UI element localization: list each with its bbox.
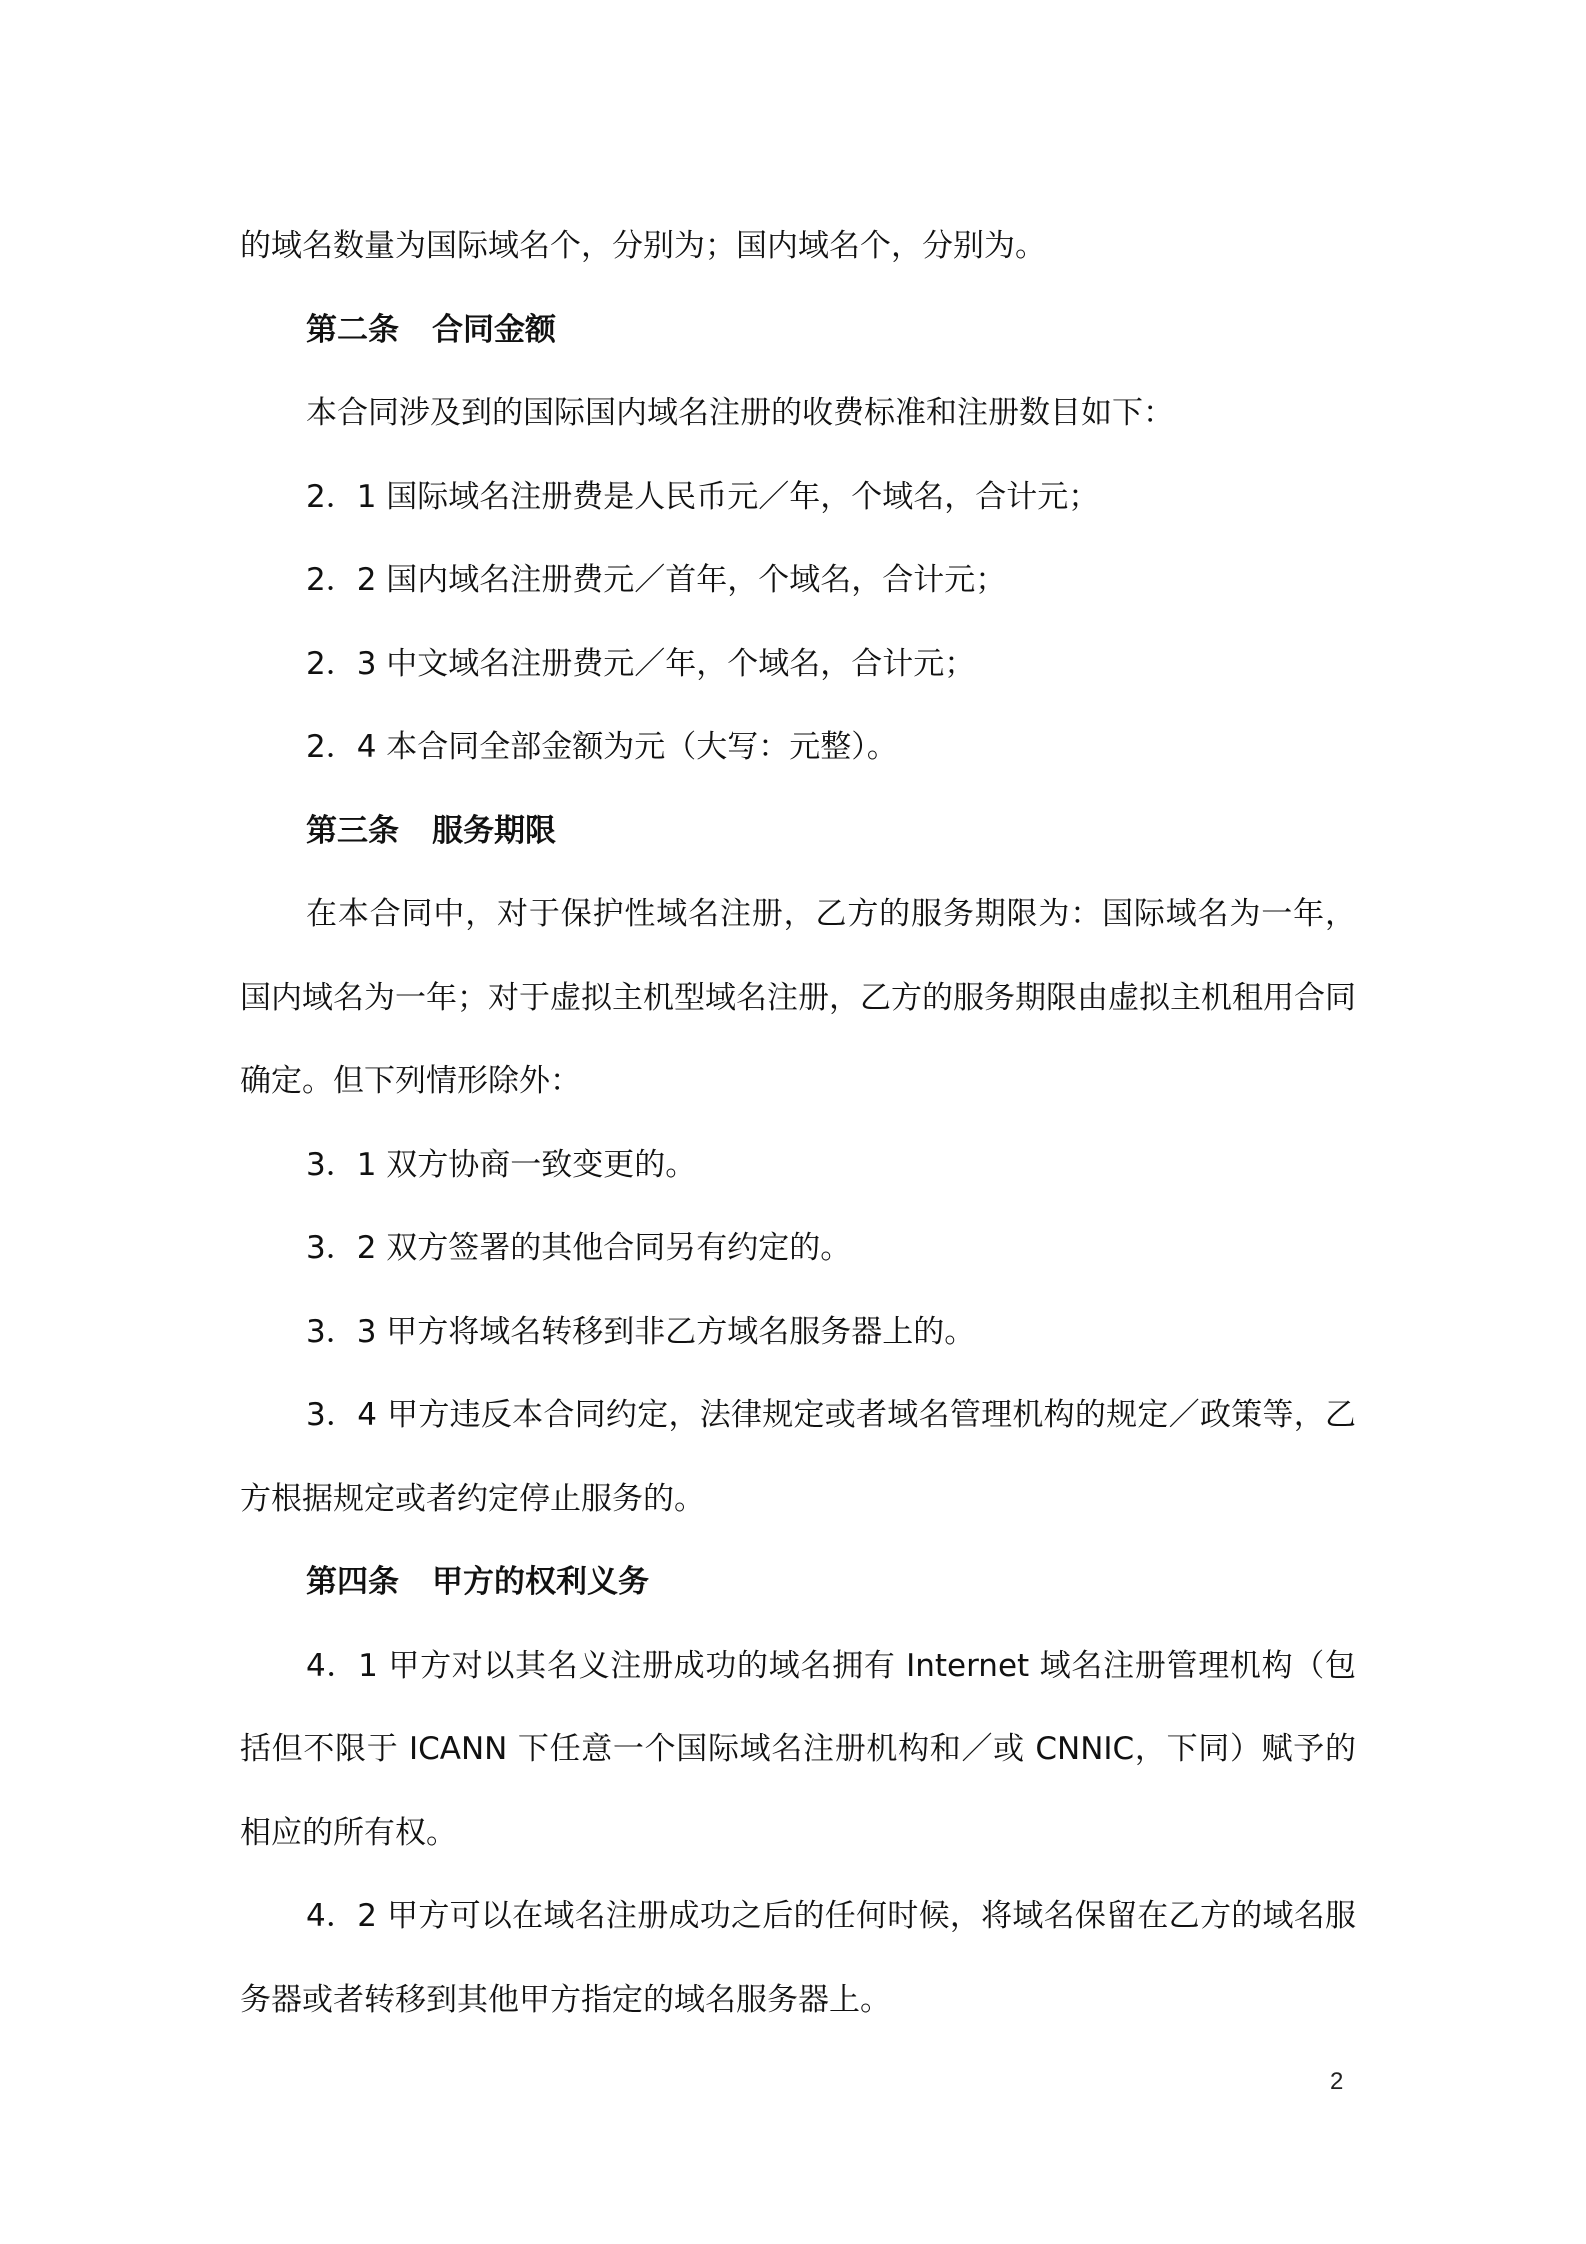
clause-3-2: 3．2 双方签署的其他合同另有约定的。 <box>240 1207 1356 1291</box>
clause-3-1: 3．1 双方协商一致变更的。 <box>240 1124 1356 1208</box>
clause-4-2: 4．2 甲方可以在域名注册成功之后的任何时候，将域名保留在乙方的域名服务器或者转… <box>240 1875 1356 2042</box>
article-4-title: 甲方的权利义务 <box>432 1564 649 1600</box>
clause-2-4: 2．4 本合同全部金额为元（大写：元整）。 <box>240 706 1356 790</box>
clause-3-4: 3．4 甲方违反本合同约定，法律规定或者域名管理机构的规定／政策等，乙方根据规定… <box>240 1374 1356 1541</box>
article-2-intro: 本合同涉及到的国际国内域名注册的收费标准和注册数目如下： <box>240 372 1356 456</box>
article-2-heading: 第二条合同金额 <box>240 289 1356 373</box>
clause-3-3: 3．3 甲方将域名转移到非乙方域名服务器上的。 <box>240 1291 1356 1375</box>
article-3-title: 服务期限 <box>432 813 556 849</box>
article-2-title: 合同金额 <box>432 312 556 348</box>
article-2-number: 第二条 <box>306 312 399 348</box>
article-3-heading: 第三条服务期限 <box>240 790 1356 874</box>
article-4-heading: 第四条甲方的权利义务 <box>240 1541 1356 1625</box>
clause-2-2: 2．2 国内域名注册费元／首年，个域名，合计元； <box>240 539 1356 623</box>
clause-2-3: 2．3 中文域名注册费元／年，个域名，合计元； <box>240 623 1356 707</box>
clause-4-1: 4．1 甲方对以其名义注册成功的域名拥有 Internet 域名注册管理机构（包… <box>240 1625 1356 1876</box>
article-3-number: 第三条 <box>306 813 399 849</box>
article-4-number: 第四条 <box>306 1564 399 1600</box>
page-number: 2 <box>1330 2068 1343 2096</box>
continuation-paragraph: 的域名数量为国际域名个，分别为；国内域名个，分别为。 <box>240 205 1356 289</box>
document-page: 的域名数量为国际域名个，分别为；国内域名个，分别为。 第二条合同金额 本合同涉及… <box>240 205 1356 2042</box>
clause-2-1: 2．1 国际域名注册费是人民币元／年，个域名，合计元； <box>240 456 1356 540</box>
article-3-intro: 在本合同中，对于保护性域名注册，乙方的服务期限为：国际域名为一年，国内域名为一年… <box>240 873 1356 1124</box>
